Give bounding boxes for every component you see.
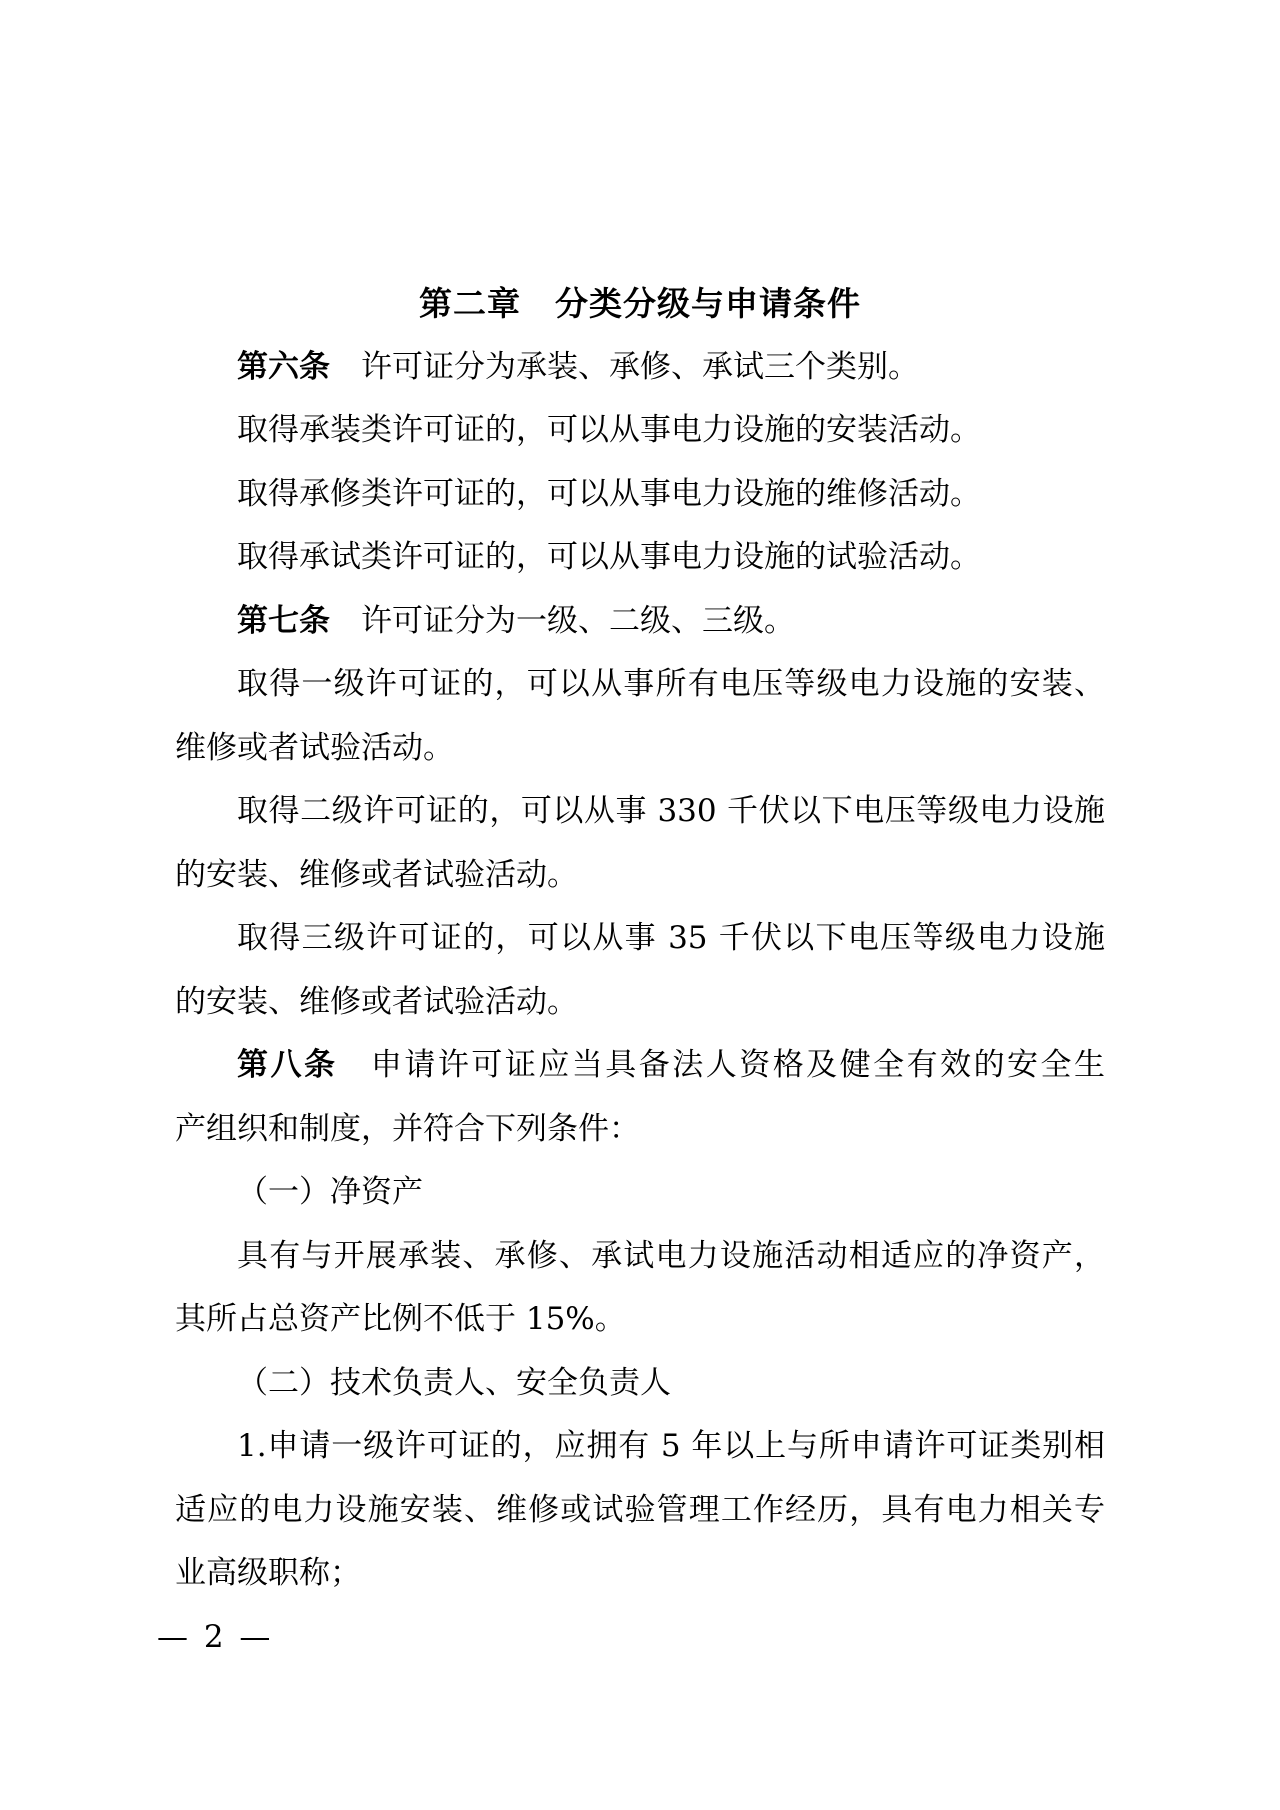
text-line: 具有与开展承装、承修、承试电力设施活动相适应的净资产，	[175, 1225, 1105, 1289]
text-line: 维修或者试验活动。	[175, 717, 1105, 781]
text-line: 的安装、维修或者试验活动。	[175, 971, 1105, 1035]
text-line: 其所占总资产比例不低于 15%。	[175, 1288, 1105, 1352]
document-body-lines: 第六条 许可证分为承装、承修、承试三个类别。取得承装类许可证的，可以从事电力设施…	[175, 336, 1105, 1606]
text-line: 取得承修类许可证的，可以从事电力设施的维修活动。	[175, 463, 1105, 527]
text-line: （二）技术负责人、安全负责人	[175, 1352, 1105, 1416]
text-line: 1.申请一级许可证的，应拥有 5 年以上与所申请许可证类别相	[175, 1415, 1105, 1479]
text-line: 取得三级许可证的，可以从事 35 千伏以下电压等级电力设施	[175, 907, 1105, 971]
clause-line: 第六条 许可证分为承装、承修、承试三个类别。	[175, 336, 1105, 400]
clause-line: 第七条 许可证分为一级、二级、三级。	[175, 590, 1105, 654]
chapter-heading: 第二章 分类分级与申请条件	[175, 272, 1105, 336]
clause-number: 第七条	[237, 603, 330, 639]
clause-line: 第八条 申请许可证应当具备法人资格及健全有效的安全生	[175, 1034, 1105, 1098]
text-line: 的安装、维修或者试验活动。	[175, 844, 1105, 908]
document-page: 第二章 分类分级与申请条件 第六条 许可证分为承装、承修、承试三个类别。取得承装…	[0, 0, 1280, 1810]
clause-number: 第六条	[237, 349, 330, 385]
page-number: — 2 —	[157, 1612, 273, 1662]
document-content: 第二章 分类分级与申请条件 第六条 许可证分为承装、承修、承试三个类别。取得承装…	[175, 272, 1105, 1606]
text-line: 业高级职称；	[175, 1542, 1105, 1606]
text-line: 取得二级许可证的，可以从事 330 千伏以下电压等级电力设施	[175, 780, 1105, 844]
text-line: （一）净资产	[175, 1161, 1105, 1225]
text-line: 取得承装类许可证的，可以从事电力设施的安装活动。	[175, 399, 1105, 463]
text-line: 取得承试类许可证的，可以从事电力设施的试验活动。	[175, 526, 1105, 590]
text-line: 产组织和制度，并符合下列条件：	[175, 1098, 1105, 1162]
text-line: 取得一级许可证的，可以从事所有电压等级电力设施的安装、	[175, 653, 1105, 717]
clause-number: 第八条	[237, 1047, 337, 1083]
text-line: 适应的电力设施安装、维修或试验管理工作经历，具有电力相关专	[175, 1479, 1105, 1543]
